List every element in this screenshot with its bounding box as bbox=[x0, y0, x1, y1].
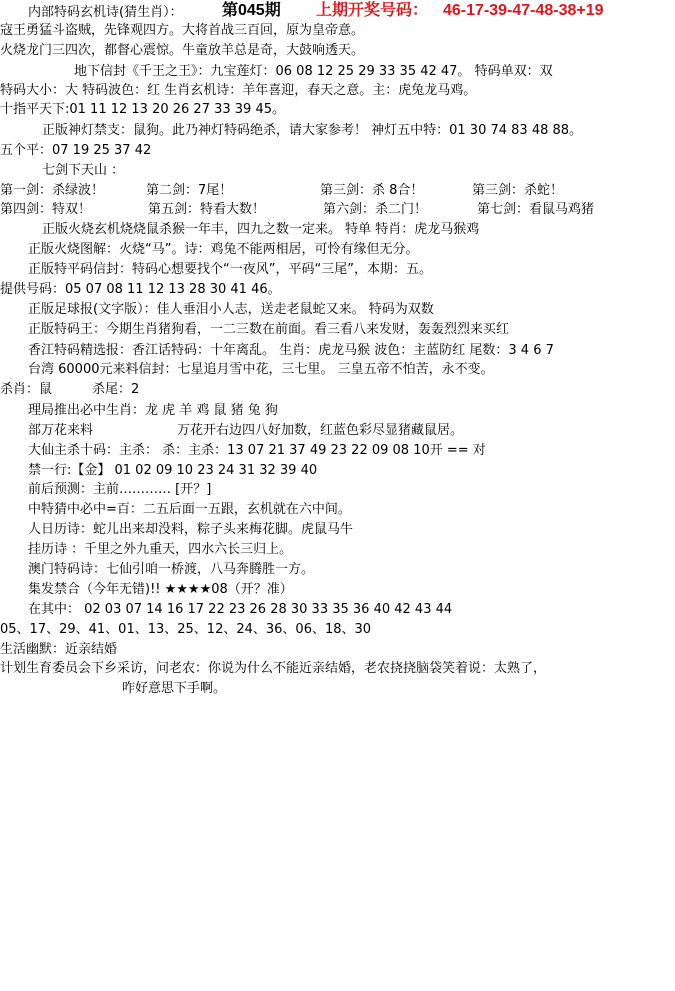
seven-swords-heading: 七剑下天山 ： bbox=[42, 162, 124, 180]
envelope-line: 地下信封《千王之王》：九宝莲灯：06 08 12 25 29 33 35 42 … bbox=[74, 63, 553, 81]
poem-line-2: 火烧龙门三四次，都督心震惊。牛童放羊总是奇，大鼓响透天。 bbox=[0, 42, 364, 60]
flower-label: 部万花来料 bbox=[28, 422, 93, 440]
humor-line-1: 计划生育委员会下乡采访，问老农：你说为什么不能近亲结婚，老农挠挠脑袋笑着说：太熟… bbox=[0, 660, 546, 678]
football-line: 正版足球报(文字版）：佳人垂泪小人志，送走老鼠蛇又来。 特码为双数 bbox=[28, 301, 434, 319]
lamp-line: 正版神灯禁支：鼠狗。此乃神灯特码绝杀，请大家参考！ 神灯五中特：01 30 74… bbox=[42, 122, 582, 140]
zodiac-pick-line: 理局推出必中生肖：龙 虎 羊 鸡 鼠 猪 兔 狗 bbox=[28, 402, 278, 420]
among-line: 在其中： 02 03 07 14 16 17 22 23 26 28 30 33… bbox=[28, 601, 452, 619]
tip-sheet-page: 内部特码玄机诗(猜生肖）： 第045期 上期开奖号码： 46-17-39-47-… bbox=[0, 0, 675, 991]
sword-item: 第一剑：杀绿波！ bbox=[0, 182, 104, 200]
sword-item: 第三剑：杀蛇！ bbox=[472, 182, 563, 200]
taiwan-line: 台湾 60000元来料信封：七星追月雪中花，三七里。 三皇五帝不怕苦，永不变。 bbox=[28, 361, 494, 379]
issue-number: 第045期 bbox=[222, 2, 281, 20]
header-title: 内部特码玄机诗(猜生肖）： bbox=[28, 4, 183, 22]
fire-line-1: 正版火烧玄机烧烧鼠杀猴一年丰，四九之数一定来。 特单 特肖：虎龙马猴鸡 bbox=[42, 221, 479, 239]
calendar-poem-line: 人日历诗：蛇儿出来却没料，粽子头来梅花脚。虎鼠马牛 bbox=[28, 521, 353, 539]
macau-poem-line: 澳门特码诗：七仙引咱一桥渡，八马奔腾胜一方。 bbox=[28, 561, 314, 579]
ban-combo-line: 集发禁合（今年无错)!! ★★★★08（开？准） bbox=[28, 581, 293, 599]
last-draw-label: 上期开奖号码： bbox=[316, 2, 428, 20]
fire-line-2: 正版火烧图解：火烧“马”。诗：鸡兔不能两相居，可怜有缘但无分。 bbox=[28, 241, 418, 259]
sword-item: 第四剑：特双！ bbox=[0, 201, 91, 219]
sword-item: 第三剑：杀 8合！ bbox=[320, 182, 423, 200]
five-ping-line: 五个平：07 19 25 37 42 bbox=[0, 142, 151, 160]
hundred-line: 中特猜中必中=百：二五后面一五跟，玄机就在六中间。 bbox=[28, 501, 351, 519]
sequence-line: 05、17、29、41、01、13、25、12、24、36、06、18、30 bbox=[0, 621, 371, 639]
sword-item: 第六剑：杀二门！ bbox=[323, 201, 427, 219]
hang-poem-line: 挂历诗 ：千里之外九重天，四水六长三归上。 bbox=[28, 541, 292, 559]
kill-tail: 杀尾：2 bbox=[92, 381, 139, 399]
kill-zodiac: 杀肖：鼠 bbox=[0, 381, 52, 399]
hongkong-line: 香江特码精选报：香江话特码：十年离乱。 生肖：虎龙马猴 波色：主蓝防红 尾数：3… bbox=[28, 342, 554, 360]
seven-swords-row-1: 第一剑：杀绿波！ 第二剑：7尾！ 第三剑：杀 8合！ 第三剑：杀蛇！ bbox=[0, 182, 675, 200]
ten-fingers-line: 十指平天下:01 11 12 13 20 26 27 33 39 45。 bbox=[0, 101, 285, 119]
header-row: 内部特码玄机诗(猜生肖）： 第045期 上期开奖号码： 46-17-39-47-… bbox=[0, 2, 675, 24]
king-line: 正版特码王：今期生肖猪狗看，一二三数在前面。看三看八来发财，轰轰烈烈来买红 bbox=[28, 321, 509, 339]
fire-line-3: 正版特平码信封：特码心想要找个“一夜风”，平码“三尾”，本期：五。 bbox=[28, 261, 432, 279]
ban-row-line: 禁一行:【金】 01 02 09 10 23 24 31 32 39 40 bbox=[28, 462, 317, 480]
last-draw-numbers: 46-17-39-47-48-38+19 bbox=[443, 2, 604, 20]
sword-item: 第五剑：特看大数！ bbox=[148, 201, 265, 219]
poem-line-1: 寇王勇猛斗盗贼，先锋观四方。大将首战三百回，原为皇帝意。 bbox=[0, 22, 364, 40]
ten-codes-line: 大仙主杀十码：主杀： 杀：主杀：13 07 21 37 49 23 22 09 … bbox=[28, 442, 486, 460]
size-color-line: 特码大小：大 特码波色：红 生肖玄机诗：羊年喜迎，春天之意。主：虎兔龙马鸡。 bbox=[0, 82, 476, 100]
kill-row: 杀肖：鼠 杀尾：2 bbox=[0, 381, 300, 399]
seven-swords-row-2: 第四剑：特双！ 第五剑：特看大数！ 第六剑：杀二门！ 第七剑：看鼠马鸡猪 bbox=[0, 201, 675, 219]
sword-item: 第二剑：7尾！ bbox=[146, 182, 232, 200]
humor-line-2: 咋好意思下手啊。 bbox=[122, 680, 226, 698]
sword-item: 第七剑：看鼠马鸡猪 bbox=[477, 201, 594, 219]
flower-row: 部万花来料 万花开右边四八好加数，红蓝色彩尽显猪藏鼠居。 bbox=[28, 422, 668, 440]
humor-title: 生活幽默：近亲结婚 bbox=[0, 641, 117, 659]
provided-numbers-line: 提供号码：05 07 08 11 12 13 28 30 41 46。 bbox=[0, 281, 281, 299]
front-back-line: 前后预测：主前………… [开？] bbox=[28, 481, 211, 499]
flower-text: 万花开右边四八好加数，红蓝色彩尽显猪藏鼠居。 bbox=[177, 422, 463, 440]
